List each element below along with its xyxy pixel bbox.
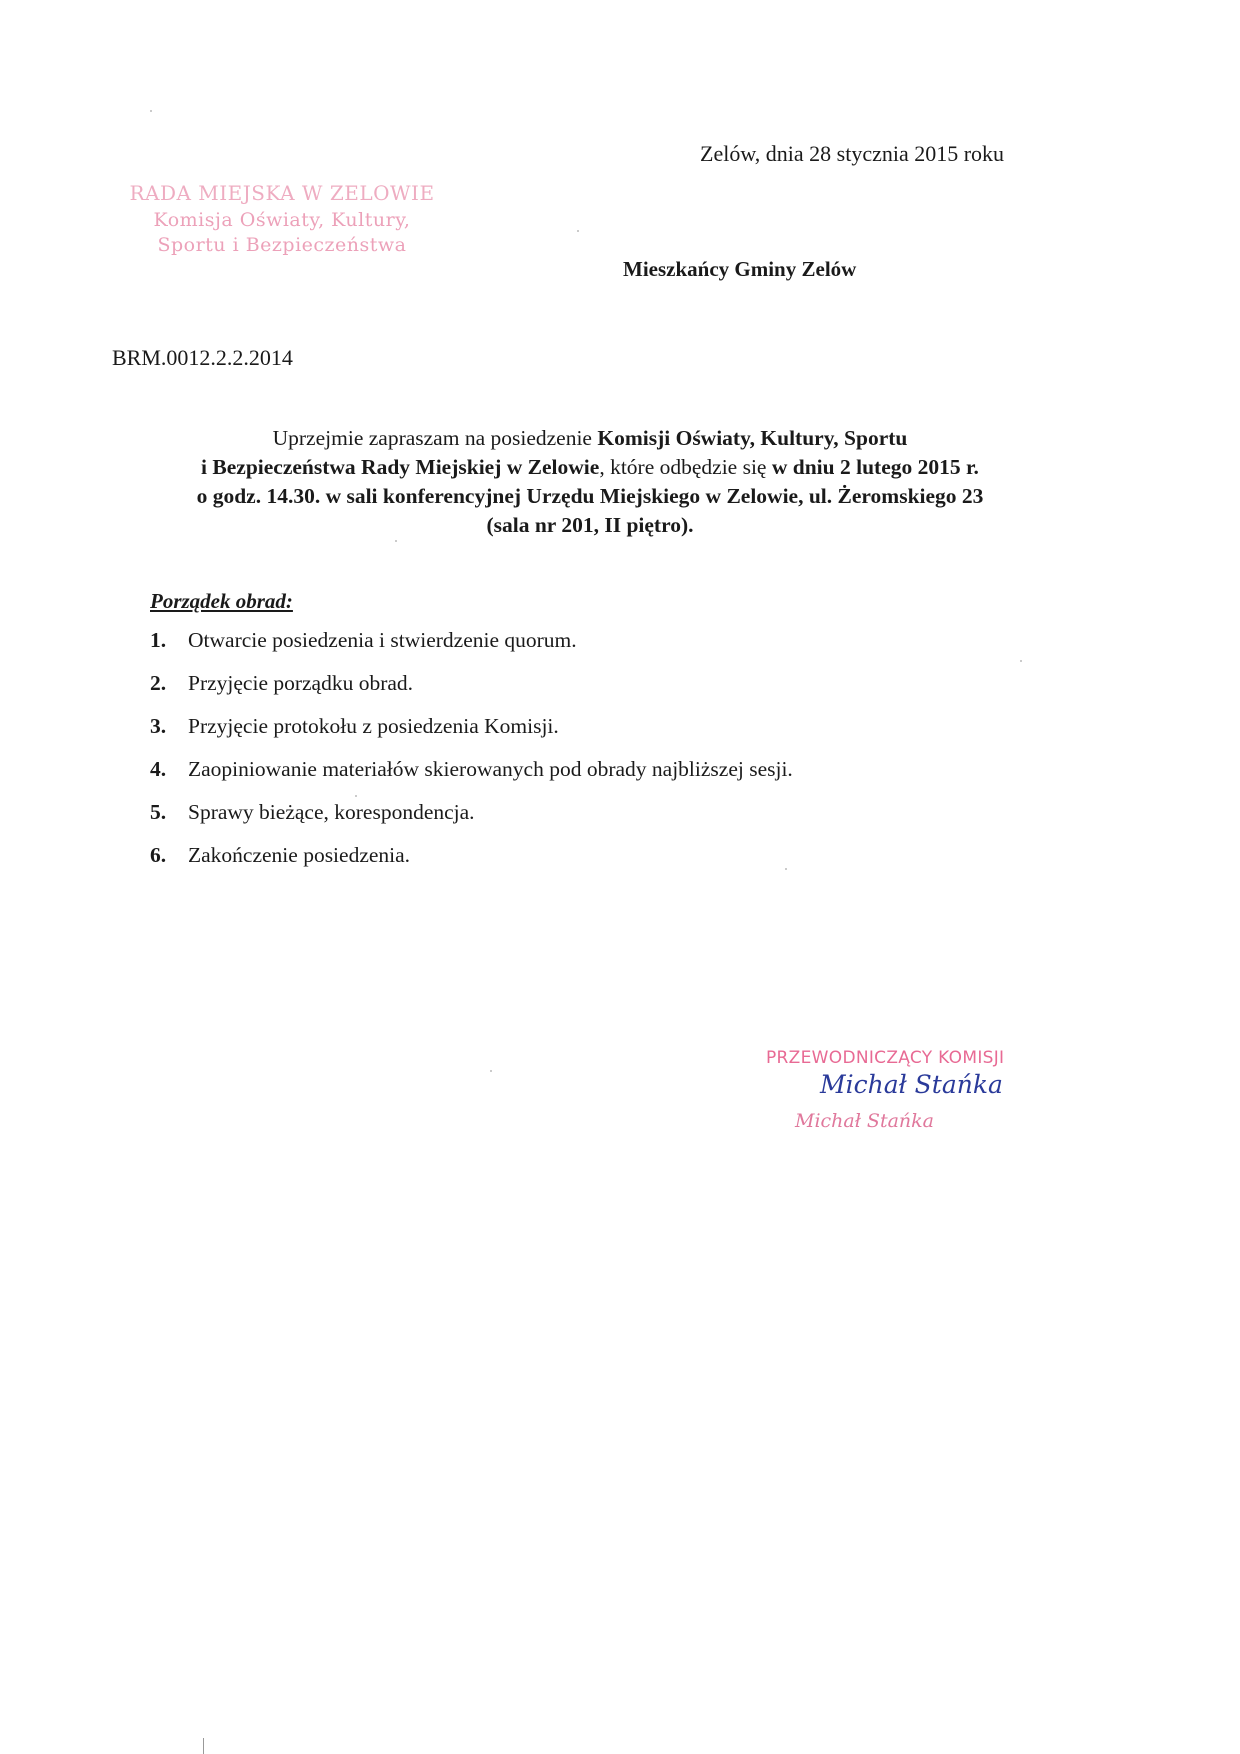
agenda-item: 5.Sprawy bieżące, korespondencja. bbox=[150, 800, 793, 843]
scan-edge-mark bbox=[203, 1738, 204, 1754]
agenda-title: Porządek obrad: bbox=[150, 589, 293, 614]
agenda-item-number: 2. bbox=[150, 671, 188, 714]
intro-line-2: i Bezpieczeństwa Rady Miejskiej w Zelowi… bbox=[110, 453, 1070, 482]
agenda-list: 1.Otwarcie posiedzenia i stwierdzenie qu… bbox=[150, 628, 793, 886]
agenda-item-number: 1. bbox=[150, 628, 188, 671]
intro-line-3: o godz. 14.30. w sali konferencyjnej Urz… bbox=[110, 482, 1070, 511]
meeting-room: (sala nr 201, II piętro). bbox=[486, 513, 693, 537]
scan-speck bbox=[490, 1070, 492, 1072]
agenda-item-text: Sprawy bieżące, korespondencja. bbox=[188, 800, 475, 843]
agenda-item-text: Przyjęcie protokołu z posiedzenia Komisj… bbox=[188, 714, 559, 757]
agenda-item-text: Otwarcie posiedzenia i stwierdzenie quor… bbox=[188, 628, 577, 671]
agenda-item-number: 4. bbox=[150, 757, 188, 800]
agenda-item-text: Przyjęcie porządku obrad. bbox=[188, 671, 413, 714]
meeting-time-location: o godz. 14.30. w sali konferencyjnej Urz… bbox=[197, 484, 984, 508]
agenda-item-number: 5. bbox=[150, 800, 188, 843]
agenda-item-text: Zakończenie posiedzenia. bbox=[188, 843, 410, 886]
agenda-item-text: Zaopiniowanie materiałów skierowanych po… bbox=[188, 757, 793, 800]
meeting-date: w dniu 2 lutego 2015 r. bbox=[772, 455, 979, 479]
signature-stamp-title: PRZEWODNICZĄCY KOMISJI bbox=[766, 1048, 1004, 1068]
signature-stamp-name: Michał Stańka bbox=[795, 1110, 934, 1132]
agenda-item-number: 3. bbox=[150, 714, 188, 757]
agenda-item: 4.Zaopiniowanie materiałów skierowanych … bbox=[150, 757, 793, 800]
agenda-item: 2.Przyjęcie porządku obrad. bbox=[150, 671, 793, 714]
agenda-item: 6.Zakończenie posiedzenia. bbox=[150, 843, 793, 886]
committee-name: Komisji Oświaty, Kultury, Sportu bbox=[597, 426, 907, 450]
scan-speck bbox=[355, 795, 357, 797]
council-stamp-line3: Sportu i Bezpieczeństwa bbox=[122, 234, 442, 256]
agenda-item-number: 6. bbox=[150, 843, 188, 886]
intro-line-1: Uprzejmie zapraszam na posiedzenie Komis… bbox=[110, 424, 1070, 453]
scan-speck bbox=[1020, 660, 1022, 662]
agenda-item: 1.Otwarcie posiedzenia i stwierdzenie qu… bbox=[150, 628, 793, 671]
invitation-paragraph: Uprzejmie zapraszam na posiedzenie Komis… bbox=[110, 424, 1070, 540]
reference-number: BRM.0012.2.2.2014 bbox=[112, 345, 293, 371]
intro-text: Uprzejmie zapraszam na posiedzenie bbox=[273, 426, 598, 450]
scan-speck bbox=[150, 110, 152, 112]
council-stamp-line2: Komisja Oświaty, Kultury, bbox=[122, 209, 442, 231]
scan-speck bbox=[395, 540, 397, 542]
scan-speck bbox=[577, 230, 579, 232]
recipient: Mieszkańcy Gminy Zelów bbox=[623, 257, 856, 282]
intro-line-4: (sala nr 201, II piętro). bbox=[110, 511, 1070, 540]
intro-text: , które odbędzie się bbox=[599, 455, 772, 479]
council-name: i Bezpieczeństwa Rady Miejskiej w Zelowi… bbox=[201, 455, 599, 479]
scan-speck bbox=[785, 868, 787, 870]
agenda-item: 3.Przyjęcie protokołu z posiedzenia Komi… bbox=[150, 714, 793, 757]
document-date: Zelów, dnia 28 stycznia 2015 roku bbox=[700, 141, 1004, 167]
council-stamp-header: RADA MIEJSKA W ZELOWIE bbox=[122, 181, 442, 205]
handwritten-signature: Michał Stańka bbox=[820, 1070, 1003, 1099]
